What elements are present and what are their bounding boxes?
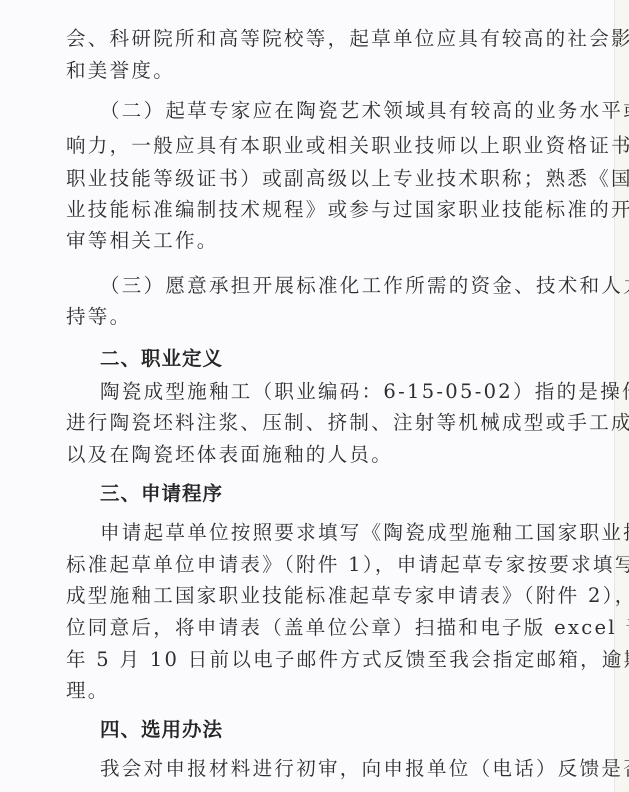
paragraph-line: 年 5 月 10 日前以电子邮件方式反馈至我会指定邮箱，逾期不予受 [66, 648, 536, 672]
paragraph-line: （三）愿意承担开展标准化工作所需的资金、技术和人力支 [100, 274, 536, 298]
paragraph-line: 成型施釉工国家职业技能标准起草专家申请表》（附件 2），经本单 [66, 584, 536, 608]
section-heading: 二、职业定义 [100, 347, 536, 371]
paragraph-line: 审等相关工作。 [66, 229, 536, 253]
paragraph-line: 标准起草单位申请表》（附件 1），申请起草专家按要求填写《陶瓷 [66, 553, 536, 577]
paragraph-line: 陶瓷成型施釉工（职业编码：6-15-05-02）指的是操作设备， [100, 380, 536, 404]
paragraph-line: 进行陶瓷坯料注浆、压制、挤制、注射等机械成型或手工成型， [66, 411, 536, 435]
paragraph-line: 理。 [66, 679, 536, 703]
paragraph-line: 和美誉度。 [66, 59, 536, 83]
section-heading: 四、选用办法 [100, 718, 536, 742]
paragraph-line: 业技能标准编制技术规程》或参与过国家职业技能标准的开发编 [66, 198, 536, 222]
paragraph-line: 职业技能等级证书）或副高级以上专业技术职称；熟悉《国家职 [66, 167, 536, 191]
section-heading: 三、申请程序 [100, 482, 536, 506]
document-page: 会、科研院所和高等院校等，起草单位应具有较高的社会影响力和美誉度。（二）起草专家… [0, 0, 615, 792]
paragraph-line: 会、科研院所和高等院校等，起草单位应具有较高的社会影响力 [66, 27, 536, 51]
paragraph-line: 我会对申报材料进行初审，向申报单位（电话）反馈是否被 [100, 757, 536, 781]
paragraph-line: 以及在陶瓷坯体表面施釉的人员。 [66, 443, 536, 467]
paragraph-line: 申请起草单位按照要求填写《陶瓷成型施釉工国家职业技能 [100, 521, 536, 545]
paragraph-line: 响力，一般应具有本职业或相关职业技师以上职业资格证书（或 [66, 134, 536, 158]
paragraph-line: 位同意后，将申请表（盖单位公章）扫描和电子版 excel 于 2022 [66, 616, 536, 640]
paragraph-line: 持等。 [66, 305, 536, 329]
paragraph-line: （二）起草专家应在陶瓷艺术领域具有较高的业务水平或影 [100, 99, 536, 123]
